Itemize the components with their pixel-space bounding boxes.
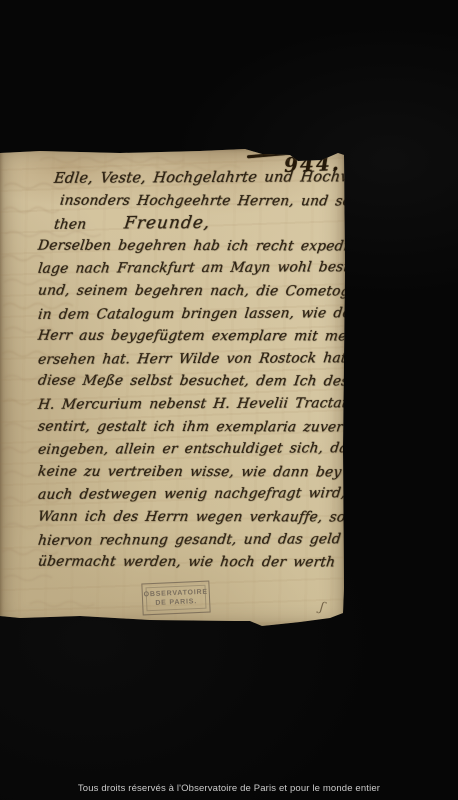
greeting-word: Freunde, xyxy=(123,212,212,235)
manuscript-line: hiervon rechnung gesandt, und das geld xyxy=(38,528,344,552)
page-number-dash xyxy=(247,151,302,159)
manuscript-line: Wann ich des Herrn wegen verkauffe, soll xyxy=(38,506,344,529)
manuscript-line: Derselben begehren hab ich recht expedir… xyxy=(38,234,344,257)
corner-ink-mark: ʃ xyxy=(318,600,325,615)
manuscript-line: sentirt, gestalt ich ihm exemplaria zuve… xyxy=(38,415,344,438)
manuscript-line: diese Meße selbst besuchet, dem Ich des xyxy=(38,370,344,393)
manuscript-line: in dem Catalogum bringen lassen, wie der xyxy=(38,302,344,326)
scanned-manuscript-view: 944. Edle, Veste, Hochgelahrte und Hochw… xyxy=(0,0,458,800)
manuscript-line: Herr aus beygefügtem exemplare mit mehre… xyxy=(38,325,344,348)
manuscript-line: übermacht werden, wie hoch der werth xyxy=(38,551,344,574)
manuscript-line: Edle, Veste, Hochgelahrte und Hochweise xyxy=(54,166,344,190)
manuscript-line: auch destwegen wenig nachgefragt wird, xyxy=(38,483,344,507)
manuscript-line: und, seinem begehren nach, die Cometogra… xyxy=(38,280,344,303)
manuscript-line: lage nach Franckfurt am Mayn wohl bestel… xyxy=(38,257,344,281)
observatoire-de-paris-stamp: OBSERVATOIRE DE PARIS. xyxy=(141,581,210,616)
manuscript-line: H. Mercurium nebenst H. Hevelii Tractat … xyxy=(38,392,344,416)
manuscript-line: insonders Hochgeehrte Herren, und sehr w… xyxy=(60,189,344,212)
handwritten-text-block: Edle, Veste, Hochgelahrte und Hochweise … xyxy=(38,167,344,574)
manuscript-line: thenFreunde, xyxy=(54,211,344,235)
manuscript-page: 944. Edle, Veste, Hochgelahrte und Hochw… xyxy=(0,148,345,628)
footer-copyright: Tous droits réservés à l'Observatoire de… xyxy=(0,783,458,794)
manuscript-line: eingeben, allein er entschuldiget sich, … xyxy=(38,437,344,461)
stamp-text-line2: DE PARIS. xyxy=(155,597,197,608)
manuscript-line: keine zu vertreiben wisse, wie dann bey … xyxy=(38,460,344,483)
manuscript-line: ersehen hat. Herr Wilde von Rostock hat xyxy=(38,347,344,371)
